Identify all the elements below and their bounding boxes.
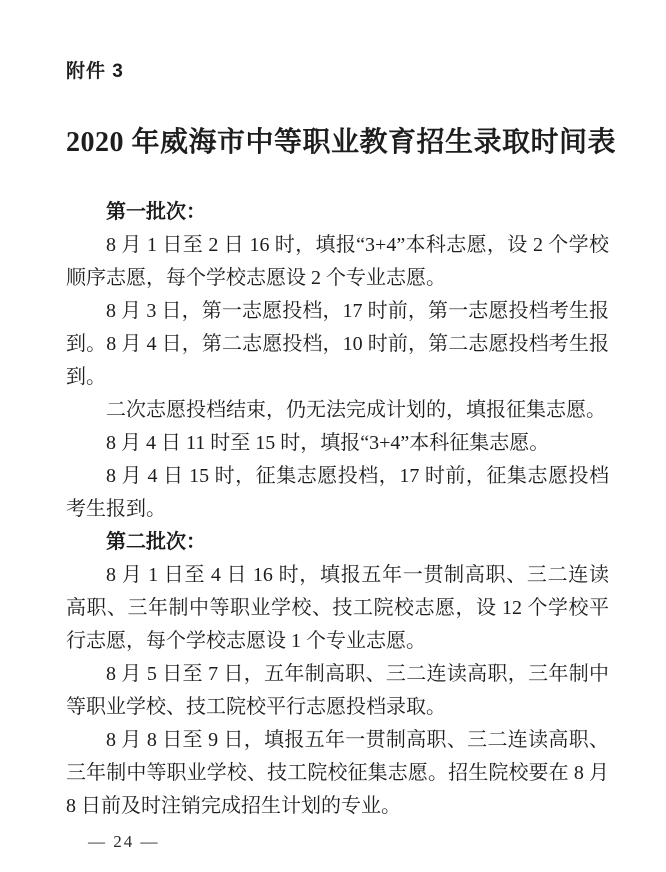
paragraph: 8 月 3 日，第一志愿投档，17 时前，第一志愿投档考生报到。8 月 4 日，…: [66, 295, 609, 394]
page-number: — 24 —: [88, 832, 160, 852]
attachment-label: 附件 3: [66, 56, 609, 83]
paragraph: 8 月 8 日至 9 日，填报五年一贯制高职、三二连读高职、三年制中等职业学校、…: [66, 724, 609, 823]
paragraph: 8 月 5 日至 7 日，五年制高职、三二连读高职，三年制中等职业学校、技工院校…: [66, 658, 609, 724]
paragraph: 二次志愿投档结束，仍无法完成计划的，填报征集志愿。: [66, 394, 609, 427]
document-body: 第一批次：8 月 1 日至 2 日 16 时，填报“3+4”本科志愿，设 2 个…: [66, 196, 609, 823]
paragraph: 8 月 1 日至 2 日 16 时，填报“3+4”本科志愿，设 2 个学校顺序志…: [66, 229, 609, 295]
paragraph: 8 月 4 日 15 时，征集志愿投档，17 时前，征集志愿投档考生报到。: [66, 460, 609, 526]
section-heading-1: 第一批次：: [66, 196, 609, 229]
paragraph: 8 月 4 日 11 时至 15 时，填报“3+4”本科征集志愿。: [66, 427, 609, 460]
paragraph: 8 月 1 日至 4 日 16 时，填报五年一贯制高职、三二连读高职、三年制中等…: [66, 559, 609, 658]
document-page: 附件 3 2020 年威海市中等职业教育招生录取时间表 第一批次：8 月 1 日…: [0, 0, 666, 872]
section-heading-2: 第二批次：: [66, 526, 609, 559]
document-title: 2020 年威海市中等职业教育招生录取时间表: [66, 120, 609, 160]
